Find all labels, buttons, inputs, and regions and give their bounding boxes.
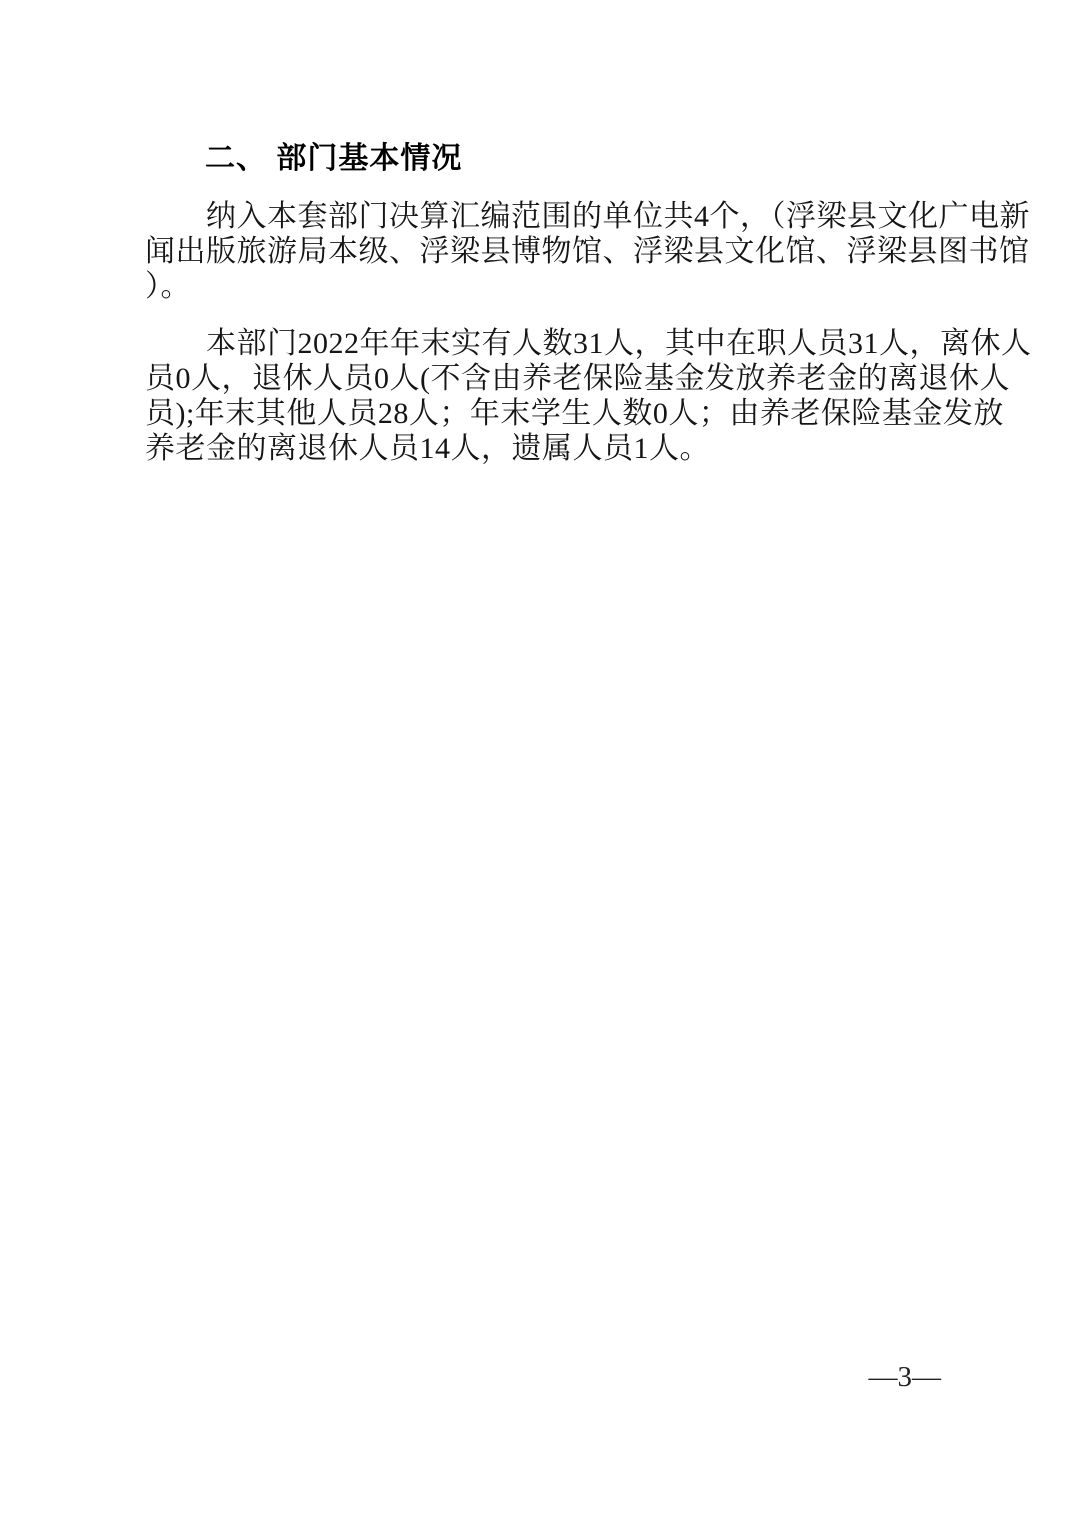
- section-heading: 二、 部门基本情况: [205, 141, 462, 177]
- paragraph-units-in-scope: 纳入本套部门决算汇编范围的单位共4个，（浮梁县文化广电新 闻出版旅游局本级、浮梁…: [145, 199, 945, 304]
- paragraph-2-line-2: 员0人，退休人员0人(不含由养老保险基金发放养老金的离退休人: [145, 361, 945, 396]
- page-number: —3—: [869, 1360, 942, 1394]
- paragraph-1-line-2: 闻出版旅游局本级、浮梁县博物馆、浮梁县文化馆、浮梁县图书馆: [145, 234, 945, 269]
- paragraph-2-line-1: 本部门2022年年末实有人数31人，其中在职人员31人，离休人: [145, 326, 945, 361]
- paragraph-1-line-3: ）。: [145, 269, 945, 304]
- paragraph-2-line-4: 养老金的离退休人员14人，遗属人员1人。: [145, 431, 945, 466]
- paragraph-1-line-1: 纳入本套部门决算汇编范围的单位共4个，（浮梁县文化广电新: [145, 199, 945, 234]
- paragraph-staff-counts: 本部门2022年年末实有人数31人，其中在职人员31人，离休人 员0人，退休人员…: [145, 326, 945, 466]
- document-page: 二、 部门基本情况 纳入本套部门决算汇编范围的单位共4个，（浮梁县文化广电新 闻…: [0, 0, 1071, 1520]
- paragraph-2-line-3: 员);年末其他人员28人；年末学生人数0人；由养老保险基金发放: [145, 396, 945, 431]
